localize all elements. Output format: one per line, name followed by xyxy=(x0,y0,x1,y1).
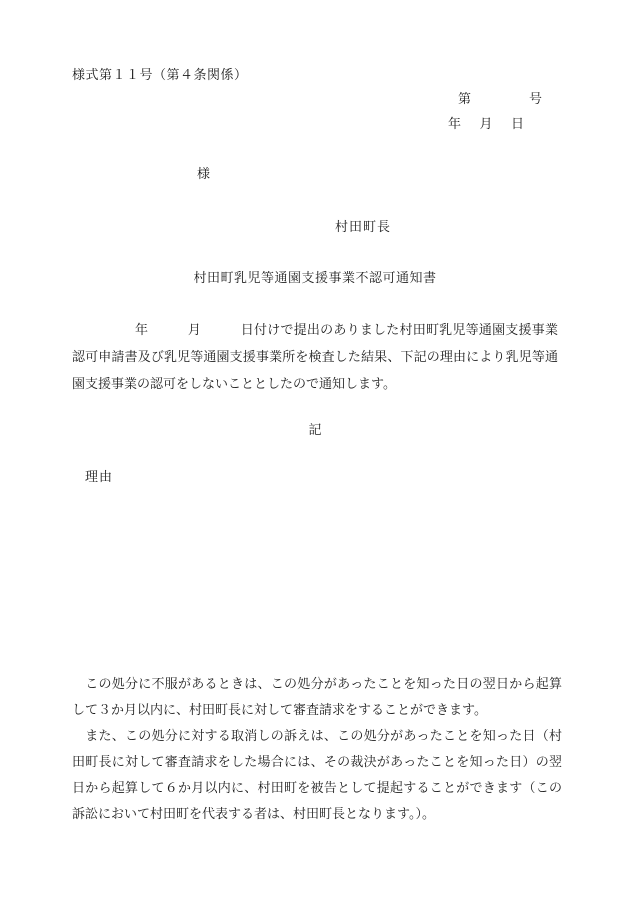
addressee-honorific: 様 xyxy=(197,167,210,180)
document-page: 様式第１１号（第４条関係） 第 号 年 月 日 様 村田町長 村田町乳児等通園支… xyxy=(0,0,630,903)
date-month-label: 月 xyxy=(479,117,492,130)
document-title: 村田町乳児等通園支援事業不認可通知書 xyxy=(72,271,558,284)
date-line: 年 月 日 xyxy=(448,117,524,130)
document-number-suffix: 号 xyxy=(529,92,542,105)
notification-body-paragraph: 年 月 日付けで提出のありました村田町乳児等通園支援事業認可申請書及び乳児等通園… xyxy=(72,316,558,397)
document-number-line: 第 号 xyxy=(458,92,542,105)
appeal-paragraph-review-request: この処分に不服があるときは、この処分があったことを知った日の翌日から起算して３か… xyxy=(72,671,562,723)
sender-name: 村田町長 xyxy=(335,220,391,233)
appeal-instructions-block: この処分に不服があるときは、この処分があったことを知った日の翌日から起算して３か… xyxy=(72,671,562,827)
document-number-prefix: 第 xyxy=(458,92,471,105)
form-number: 様式第１１号（第４条関係） xyxy=(72,68,248,81)
reason-label: 理由 xyxy=(85,470,113,483)
date-day-label: 日 xyxy=(511,117,524,130)
appeal-paragraph-lawsuit: また、この処分に対する取消しの訴えは、この処分があったことを知った日（村田町長に… xyxy=(72,723,562,827)
date-year-label: 年 xyxy=(448,117,461,130)
ki-heading: 記 xyxy=(72,423,558,436)
